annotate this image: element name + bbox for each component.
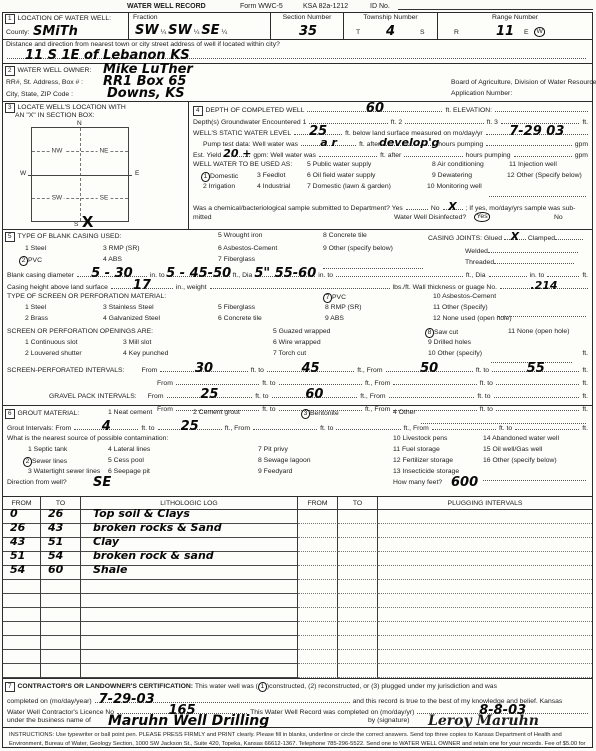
height-blank: 17: [111, 281, 173, 289]
grout-option-4: 4 Other: [393, 409, 416, 416]
sample-yes-blank: [406, 202, 428, 210]
compass-w: W: [20, 170, 26, 177]
screen-option-6: 6 Concrete tile: [218, 315, 262, 322]
sewer-label: Sewer lines: [32, 458, 67, 465]
log-row: [3, 636, 592, 650]
log-litho: [81, 594, 298, 608]
grout-blank-4: [336, 422, 400, 430]
diameter-ftdia-2: ft., Dia: [466, 272, 486, 279]
log-litho: [81, 622, 298, 636]
range-e: E: [524, 29, 529, 36]
screen-intervals-line1: SCREEN-PERFORATED INTERVALS: From 30 ft.…: [3, 362, 592, 375]
contamination-row3: 2Sewer lines 5 Cess pool 8 Sewage lagoon…: [3, 455, 592, 466]
diameter-into-3: in. to: [530, 272, 545, 279]
log-row: [3, 622, 592, 636]
used-as-label: WELL WATER TO BE USED AS:: [193, 161, 292, 168]
fraction-q3: SE: [201, 23, 219, 38]
diameter-blank-6: [547, 269, 579, 277]
opening-option-9: 9 Drilled holes: [428, 339, 471, 346]
quadrant-ne: NE: [97, 148, 110, 155]
use-option-domestic-lawn: 7 Domestic (lawn & garden): [307, 183, 391, 190]
plug-to: [338, 566, 378, 580]
form-statute: KSA 82a-1212: [303, 3, 348, 10]
use-option-industrial: 4 Industrial: [257, 183, 290, 190]
section4-depth: 4DEPTH OF COMPLETED WELL 60 ft. ELEVATIO…: [189, 102, 592, 229]
log-from: [3, 580, 41, 594]
plug-from: [298, 510, 338, 524]
section1-location-row: 1LOCATION OF WATER WELL: County: SMiTh F…: [3, 13, 592, 40]
spi-ftto-2: ft. to: [476, 367, 489, 374]
sec5-number: 5: [5, 232, 15, 242]
casing-row3: 2PVC 4 ABS 7 Fiberglass Threaded: [3, 254, 592, 265]
grout-ftto-1: ft. to: [141, 425, 154, 432]
depth-line: 4DEPTH OF COMPLETED WELL 60 ft. ELEVATIO…: [189, 102, 592, 114]
sec2-title-wrap: 2WATER WELL OWNER:: [5, 66, 91, 76]
grout-blank-2: 25: [158, 422, 222, 430]
compass-s: S: [74, 221, 78, 228]
range-r: R: [454, 29, 459, 36]
lithologic-log-table: FROM TO LITHOLOGIC LOG FROM TO PLUGGING …: [3, 497, 592, 679]
contamination-label: What is the nearest source of possible c…: [7, 435, 168, 442]
section3-locate-box: 3LOCATE WELL'S LOCATION WITH AN "X" IN S…: [3, 102, 189, 229]
sec1-title: LOCATION OF WATER WELL:: [18, 15, 112, 22]
gravel-pack-line1: GRAVEL PACK INTERVALS: From 25 ft. to 60…: [3, 388, 592, 401]
yield-hours-blank: [404, 149, 462, 157]
screen-option-11: 11 Other (Specify): [433, 304, 488, 311]
opening-option-10: 10 Other (specify): [428, 350, 482, 357]
log-row: 5154broken rock & sand: [3, 552, 592, 566]
plug-to: [338, 524, 378, 538]
screen-title-line: TYPE OF SCREEN OR PERFORATION MATERIAL: …: [3, 291, 592, 302]
county-label: County:: [6, 29, 29, 36]
openings-row2: 1 Continuous slot 3 Mill slot 6 Wire wra…: [3, 337, 592, 348]
compass-n: N: [77, 120, 82, 127]
signature-label: by (signature): [368, 717, 410, 724]
casing-option-1: 1 Steel: [25, 245, 46, 252]
yield-value: 20 +: [223, 151, 251, 157]
agency-label: Board of Agriculture, Division of Water …: [451, 79, 596, 86]
plug-desc: [378, 650, 592, 664]
id-number-blank: [398, 2, 593, 10]
plug-from: [298, 622, 338, 636]
section6-grout: 6GROUT MATERIAL: 1 Neat cement 2 Cement …: [3, 409, 592, 497]
sample-no-label: No: [431, 205, 440, 212]
sample-question-line: Was a chemical/bacteriological sample su…: [189, 200, 592, 211]
depth-blank: 60: [307, 104, 442, 112]
log-row: 4351Clay: [3, 538, 592, 552]
gauge-value: .214: [530, 283, 557, 289]
plug-to: [338, 510, 378, 524]
yield-pumping-label: hours pumping: [466, 152, 511, 159]
log-from: [3, 636, 41, 650]
gravel-pack-label: GRAVEL PACK INTERVALS:: [49, 393, 137, 400]
opening-option-2: 2 Louvered shutter: [25, 350, 82, 357]
log-from: [3, 622, 41, 636]
weight-blank: [210, 281, 390, 289]
cert-title-wrap: 7CONTRACTOR'S OR LANDOWNER'S CERTIFICATI…: [5, 682, 497, 692]
elevation-label: ft. ELEVATION:: [445, 107, 492, 114]
county-value: SMiTh: [33, 29, 78, 35]
range-cell: Range Number R 11 E W: [438, 13, 592, 39]
elevation-blank: [495, 104, 588, 112]
plug-desc: [378, 566, 592, 580]
opening-option-5: 5 Guazed wrapped: [273, 328, 330, 335]
disinfected-line: mitted Water Well Disinfected? Yes No: [189, 212, 592, 223]
plug-from: [298, 664, 338, 678]
fraction-value: SW ¼ SW ¼ SE ¼: [135, 28, 227, 36]
bentonite-circled-number: 3: [301, 409, 310, 419]
log-row: 2643broken rocks & Sand: [3, 524, 592, 538]
yield-line: Est. Yield 20 + gpm: Well water was ft. …: [189, 147, 592, 158]
yield-after-label: ft. after: [380, 152, 401, 159]
plug-to: [338, 636, 378, 650]
pump-test-line: Pump test data: Well water was a r ft. a…: [189, 136, 592, 147]
grout-ftfrom-1: ft., From: [225, 425, 250, 432]
grout-title: GROUT MATERIAL:: [18, 410, 80, 417]
diameter-blank-5: [489, 269, 527, 277]
contam-option-1: 1 Septic tank: [28, 446, 67, 453]
gauge-blank: .214: [500, 281, 588, 289]
plug-desc: [378, 594, 592, 608]
township-cell: Township Number T 4 S: [344, 13, 438, 39]
log-litho: Shale: [81, 566, 298, 580]
diameter-value-3: 5" 55-60: [254, 271, 316, 277]
log-to: [41, 608, 81, 622]
fraction-q2: SW: [168, 23, 192, 38]
glued-blank: X: [504, 232, 526, 240]
pvc-circled-number: 2: [19, 256, 28, 266]
township-s: S: [420, 29, 425, 36]
contam-option-15: 15 Oil well/Gas well: [483, 446, 542, 453]
grout-option-1: 1 Neat cement: [108, 409, 152, 416]
contamination-title-line: What is the nearest source of possible c…: [3, 433, 592, 444]
screen-row3: 2 Brass 4 Galvanized Steel 6 Concrete ti…: [3, 313, 592, 324]
sample-question-label: Was a chemical/bacteriological sample su…: [193, 205, 403, 212]
section-grid-dash-upper: [32, 151, 128, 152]
casing-option-7: 7 Fiberglass: [218, 256, 255, 263]
township-value: 4: [386, 29, 395, 35]
section2-owner: 2WATER WELL OWNER: Mike LuTher RR#, St. …: [3, 64, 592, 102]
plug-from: [298, 580, 338, 594]
cert-line4: under the business name of Maruhn Well D…: [3, 715, 592, 727]
diameter-blank-4: [336, 269, 463, 277]
disinfected-no: No: [554, 214, 563, 221]
form-body: 1LOCATION OF WATER WELL: County: SMiTh F…: [2, 12, 593, 748]
casing-title-line: 5TYPE OF BLANK CASING USED: 5 Wrought ir…: [3, 232, 592, 243]
header-from-1: FROM: [3, 497, 41, 509]
form-number: Form WWC-5: [240, 3, 283, 10]
screen-option-5: 5 Fiberglass: [218, 304, 255, 311]
log-from: 54: [3, 566, 41, 580]
static-date-value: 7-29 03: [509, 129, 564, 135]
section-grid-dash-lower: [32, 198, 128, 199]
casing-option-6: 6 Asbestos-Cement: [218, 245, 277, 252]
sec6-title-wrap: 6GROUT MATERIAL:: [5, 409, 79, 419]
grout-option-3-bentonite: 3Bentonite: [301, 409, 339, 419]
section5-casing: 5TYPE OF BLANK CASING USED: 5 Wrought ir…: [3, 232, 592, 406]
quarter-mark-1: ¼: [161, 29, 167, 36]
plug-desc: [378, 636, 592, 650]
opening-other-ft: ft.: [582, 350, 588, 357]
sec6-number: 6: [5, 409, 15, 419]
spi2-ftfrom: ft., From: [365, 380, 390, 387]
diameter-blank-3: 5" 55-60: [255, 269, 315, 277]
opening-option-7: 7 Torch cut: [273, 350, 306, 357]
plug-from: [298, 538, 338, 552]
plug-from: [298, 552, 338, 566]
log-litho: [81, 636, 298, 650]
diameter-into-1: in. to: [150, 272, 165, 279]
welded-blank: [488, 245, 578, 253]
opening-option-4: 4 Key punched: [123, 350, 168, 357]
spi-blank-2: 45: [267, 364, 354, 372]
grout-ft: ft.: [582, 425, 588, 432]
log-to: [41, 622, 81, 636]
business-name-label: under the business name of: [7, 717, 91, 724]
use-option-other: 12 Other (Specify below): [507, 172, 582, 179]
well-location-x-mark: X: [82, 217, 94, 227]
opening-option-11: 11 None (open hole): [508, 328, 569, 335]
grout-to-value: 25: [181, 424, 199, 430]
casing-diameter-line: Blank casing diameter 5 - 30 in. to 5 - …: [3, 267, 592, 279]
spi2-blank-4: [496, 377, 579, 385]
quadrant-nw: NW: [50, 148, 65, 155]
depth-value: 60: [366, 106, 384, 112]
log-to: [41, 664, 81, 678]
plug-to: [338, 538, 378, 552]
completed-date-value: 7-29-03: [99, 697, 155, 703]
used-as-header-line: WELL WATER TO BE USED AS: 5 Public water…: [189, 159, 592, 170]
depth-completed-label: DEPTH OF COMPLETED WELL: [206, 107, 305, 114]
screen-option-4: 4 Galvanized Steel: [103, 315, 160, 322]
spi-ft: ft.: [582, 367, 588, 374]
height-label: Casing height above land surface: [7, 284, 108, 291]
cert-text2: )constructed, (2) reconstructed, or (3) …: [267, 683, 497, 690]
use-option-irrigation: 2 Irrigation: [203, 183, 235, 190]
disinfected-yes-circled: Yes: [474, 212, 490, 222]
plug-desc: [378, 664, 592, 678]
weight-label: in., weight: [176, 284, 207, 291]
gpi-ft: ft.: [582, 393, 588, 400]
screen-option-8: 8 RMP (SR): [325, 304, 362, 311]
casing-joints-label: CASING JOINTS: Glued: [428, 235, 502, 242]
grout-ftto-3: ft. to: [499, 425, 512, 432]
spi-value-2: 45: [301, 366, 319, 372]
constructed-circled-number: 1: [258, 682, 267, 692]
groundwater-blank-3: [501, 116, 579, 124]
plug-desc: [378, 580, 592, 594]
plug-from: [298, 608, 338, 622]
diameter-ftdia-1: ft., Dia: [233, 272, 253, 279]
yield-mid-label: gpm: Well water was: [253, 152, 316, 159]
screen-pvc-label: PVC: [332, 294, 346, 301]
screen-option-2: 2 Brass: [25, 315, 48, 322]
opening-option-6: 6 Wire wrapped: [273, 339, 321, 346]
form-title: WATER WELL RECORD: [127, 3, 206, 10]
pump-level-value: a r: [320, 140, 337, 146]
contam-option-8: 8 Sewage lagoon: [258, 457, 311, 464]
glued-mark: X: [511, 234, 519, 240]
sample-no-blank: X: [443, 202, 463, 210]
use-option-monitoring: 10 Monitoring well: [427, 183, 482, 190]
grout-ftto-2: ft. to: [320, 425, 333, 432]
log-to: [41, 650, 81, 664]
casing-height-line: Casing height above land surface 17 in.,…: [3, 279, 592, 291]
quadrant-se: SE: [98, 194, 111, 201]
township-label: Township Number: [344, 13, 437, 21]
plug-to: [338, 622, 378, 636]
diameter-ft: ft.: [582, 272, 588, 279]
contam-option-14: 14 Abandoned water well: [483, 435, 559, 442]
screen-intervals-label: SCREEN-PERFORATED INTERVALS:: [7, 367, 124, 374]
plug-desc: [378, 552, 592, 566]
yield-gpm-label: gpm: [575, 152, 588, 159]
gpi-blank-4: [494, 390, 580, 398]
pump-hours-blank: develop'g: [383, 138, 435, 146]
signature-value: Leroy Maruhn: [428, 718, 539, 724]
log-row: [3, 580, 592, 594]
screen-intervals-line2: From ft. to ft., From ft. to ft.: [3, 375, 592, 388]
gpi-blank-1: 25: [167, 390, 253, 398]
spi-value-3: 50: [420, 366, 438, 372]
log-to: [41, 580, 81, 594]
gpi-ftfrom: ft., From: [360, 393, 385, 400]
casing-option-4: 4 ABS: [103, 256, 122, 263]
yield-label: Est. Yield: [193, 152, 221, 159]
casing-option-3: 3 RMP (SR): [103, 245, 140, 252]
quadrant-sw: SW: [50, 194, 64, 201]
plug-desc: [378, 524, 592, 538]
spi-ftto-1: ft. to: [251, 367, 264, 374]
diameter-value-2: 5 - 45-50: [166, 271, 231, 277]
grout-blank-6: [515, 422, 579, 430]
threaded-blank: [494, 256, 574, 264]
threaded-label: Threaded: [465, 259, 494, 266]
fraction-label: Fraction: [133, 14, 158, 21]
cert-title: CONTRACTOR'S OR LANDOWNER'S CERTIFICATIO…: [18, 683, 194, 690]
plug-to: [338, 664, 378, 678]
grout-intervals-label: Grout Intervals: From: [7, 425, 71, 432]
log-to: [41, 636, 81, 650]
spi2-blank-3: [393, 377, 476, 385]
spi2-ftto-2: ft. to: [480, 380, 493, 387]
spi-value-4: 55: [527, 366, 545, 372]
bentonite-label: Bentonite: [310, 410, 339, 417]
plug-from: [298, 524, 338, 538]
casing-option-9: 9 Other (specify below): [323, 245, 393, 252]
screen-option-9: 9 ABS: [325, 315, 344, 322]
form-header: WATER WELL RECORD Form WWC-5 KSA 82a-121…: [0, 3, 596, 12]
city-value: Downs, KS: [107, 91, 185, 97]
grout-blank-3: [253, 422, 317, 430]
spi2-blank-1: [176, 377, 259, 385]
sec1-number: 1: [5, 14, 15, 24]
sample-question-tail: ; If yes, mo/day/yrs sample was sub-: [466, 205, 576, 212]
diameter-label: Blank casing diameter: [7, 272, 74, 279]
use-option-air: 8 Air conditioning: [432, 161, 484, 168]
sec2-title: WATER WELL OWNER:: [18, 67, 92, 74]
sawcut-label: Saw cut: [434, 329, 458, 336]
pump-hours-value: develop'g: [379, 140, 439, 146]
screen-option-1: 1 Steel: [25, 304, 46, 311]
casing-title: TYPE OF BLANK CASING USED:: [18, 233, 122, 240]
spi-value-1: 30: [195, 366, 213, 372]
contam-option-4: 4 Lateral lines: [108, 446, 150, 453]
casing-option-8: 8 Concrete tile: [323, 232, 367, 239]
owner-name: Mike LuTher: [103, 67, 193, 73]
static-level-line: WELL'S STATIC WATER LEVEL 25 ft. below l…: [189, 125, 592, 136]
contamination-row4: 3 Watertight sewer lines 6 Seepage pit 9…: [3, 466, 592, 477]
section3-4-row: 3LOCATE WELL'S LOCATION WITH AN "X" IN S…: [3, 102, 592, 230]
pump-level-blank: a r: [301, 138, 356, 146]
sec2-number: 2: [5, 66, 15, 76]
log-row: [3, 650, 592, 664]
gpi-from: From: [148, 393, 164, 400]
plug-to: [338, 608, 378, 622]
disinfected-label: Water Well Disinfected?: [394, 214, 466, 221]
contam-option-3: 3 Watertight sewer lines: [28, 468, 100, 475]
openings-row3: 2 Louvered shutter 4 Key punched 7 Torch…: [3, 348, 592, 359]
feet-label: How many feet?: [393, 479, 442, 486]
address-value: RR1 Box 65: [103, 79, 186, 85]
instructions-text: INSTRUCTIONS: Use typewriter or ball poi…: [3, 728, 592, 751]
spi2-ftto-1: ft. to: [262, 380, 275, 387]
pump-gpm-blank: [486, 138, 572, 146]
casing-row2: 1 Steel 3 RMP (SR) 6 Asbestos-Cement 9 O…: [3, 243, 592, 254]
plug-to: [338, 594, 378, 608]
screen-row2: 1 Steel 3 Stainless Steel 5 Fiberglass 8…: [3, 302, 592, 313]
screen-option-3: 3 Stainless Steel: [103, 304, 154, 311]
contam-option-12: 12 Fertilizer storage: [393, 457, 453, 464]
completed-date-blank: 7-29-03: [95, 695, 350, 703]
fraction-q1: SW: [135, 23, 159, 38]
section-number-label: Section Number: [271, 13, 343, 21]
plug-from: [298, 594, 338, 608]
water-well-record-form: WATER WELL RECORD Form WWC-5 KSA 82a-121…: [0, 0, 596, 751]
screen-option-12: 12 None used (open hole): [433, 315, 512, 322]
direction-label: Direction from well?: [7, 479, 67, 486]
plug-desc: [378, 622, 592, 636]
used-as-row2: 1Domestic 3 Feedlot 6 Oil field water su…: [189, 170, 592, 181]
sec3-title-line1: LOCATE WELL'S LOCATION WITH: [18, 104, 126, 111]
sec3-number: 3: [5, 103, 15, 113]
spi2-ft: ft.: [582, 380, 588, 387]
yield-gpm-blank: [514, 149, 572, 157]
contam-option-16: 16 Other (specify below): [483, 457, 557, 464]
gpi-ftto-1: ft. to: [255, 393, 268, 400]
quarter-mark-2: ¼: [194, 29, 200, 36]
use-option-dewatering: 9 Dewatering: [432, 172, 472, 179]
plug-to: [338, 580, 378, 594]
log-from: [3, 664, 41, 678]
spi-blank-3: 50: [386, 364, 473, 372]
grout-intervals-line: Grout Intervals: From 4 ft. to 25 ft., F…: [3, 420, 592, 432]
diameter-blank-2: 5 - 45-50: [168, 269, 230, 277]
quarter-mark-3: ¼: [221, 29, 227, 36]
plug-from: [298, 566, 338, 580]
plug-desc: [378, 608, 592, 622]
gpi-blank-3: [389, 390, 475, 398]
log-row: 026Top soil & Clays: [3, 510, 592, 524]
log-table-header: FROM TO LITHOLOGIC LOG FROM TO PLUGGING …: [3, 497, 592, 510]
section-number-cell: Section Number 35: [271, 13, 344, 39]
log-to: 60: [41, 566, 81, 580]
gpi-ftto-2: ft. to: [477, 393, 490, 400]
county-cell: 1LOCATION OF WATER WELL: County: SMiTh: [3, 13, 129, 39]
screen-option-10: 10 Asbestos-Cement: [433, 293, 496, 300]
groundwater-blank-2: [405, 116, 483, 124]
log-from: [3, 608, 41, 622]
